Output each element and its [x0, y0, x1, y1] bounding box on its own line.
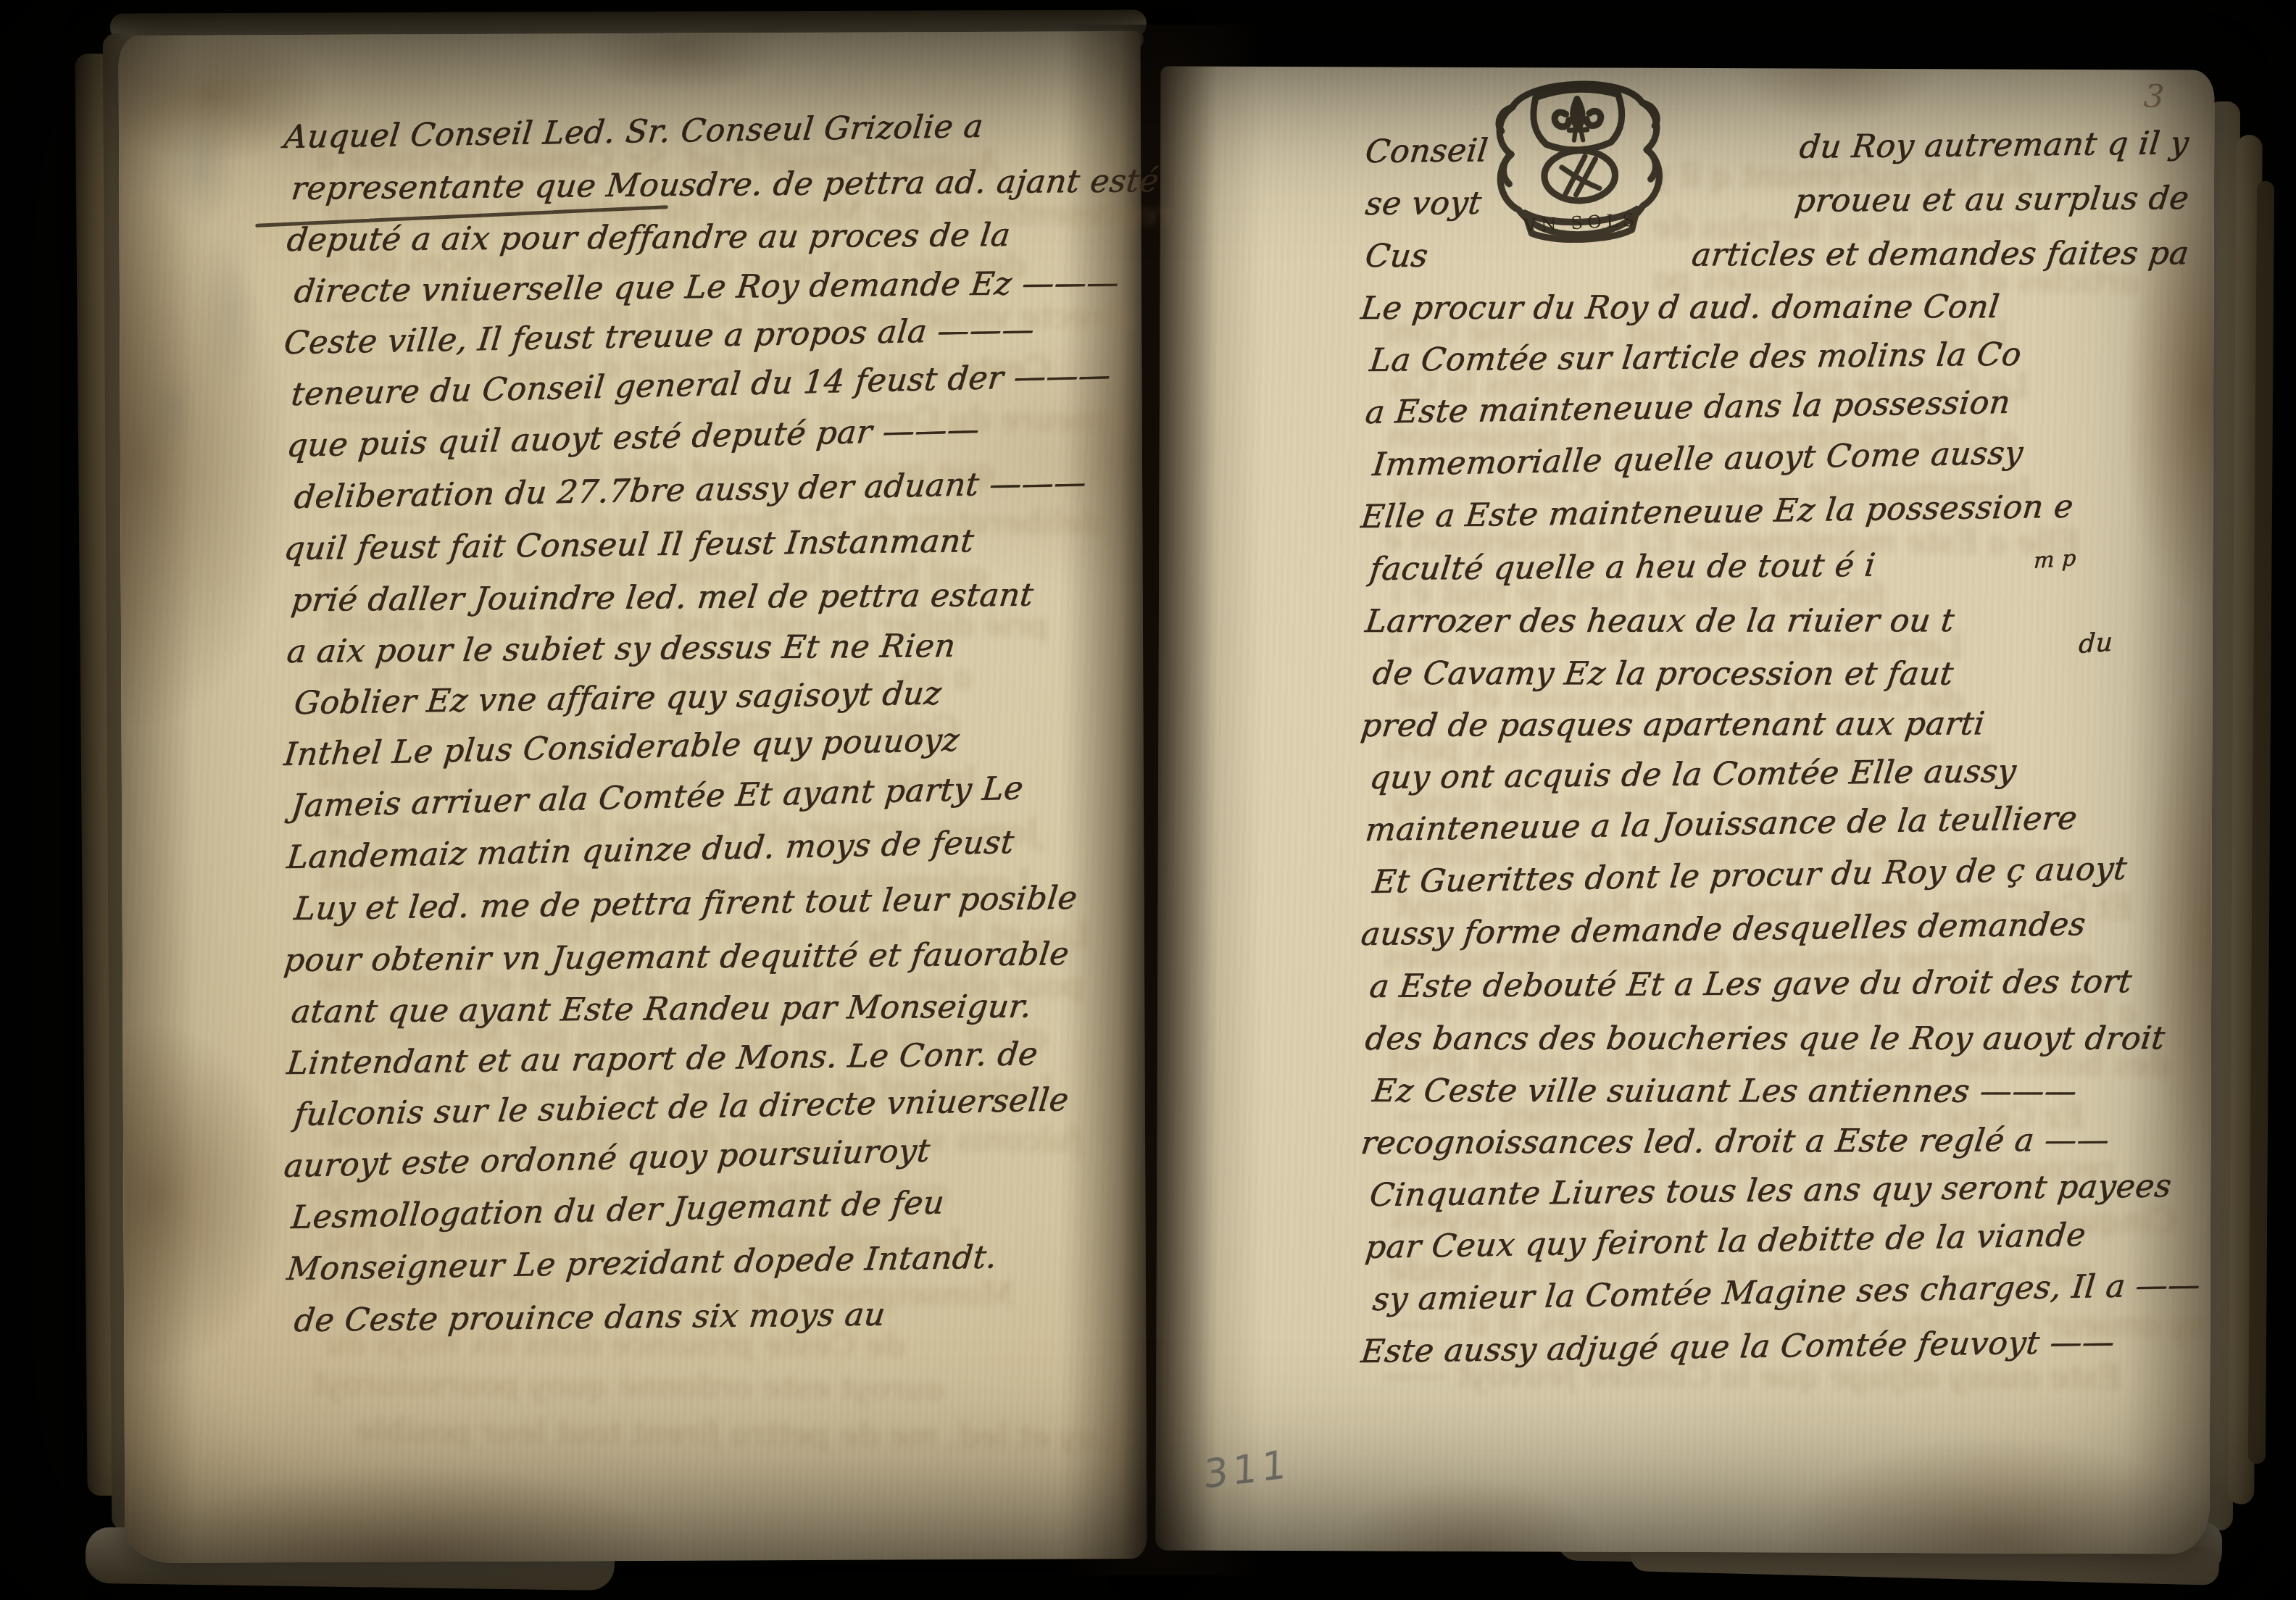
- fleur-de-lis-icon: [1573, 99, 1583, 128]
- manuscript-line: Ez Ceste ville suiuant Les antiennes ———: [1370, 1075, 2079, 1108]
- manuscript-line: Le procur du Roy d aud. domaine Conl: [1359, 291, 2001, 325]
- manuscript-line: Este aussy adjugé que la Comtée feuvoyt …: [1360, 1327, 2116, 1368]
- manuscript-book-scan: VN SOLS Auquel Conseil Led. Sr. Conseul …: [0, 0, 2296, 1600]
- manuscript-line: de Cavamy Ez la procession et faut: [1370, 658, 1955, 691]
- manuscript-line: des bancs des boucheries que le Roy auoy…: [1363, 1022, 2166, 1055]
- fiscal-ink-stamp: VN SOLS: [1457, 71, 1702, 249]
- folio-number: 3: [2142, 78, 2165, 116]
- stamp-monogram-oval: [1544, 149, 1616, 202]
- manuscript-line: a Este debouté Et a Les gave du droit de…: [1368, 966, 2133, 1003]
- right-page-text: Conseildu Roy autremant q il ydu Roy aut…: [0, 0, 2296, 1600]
- manuscript-line: Cinquante Liures tous les ans quy seront…: [1368, 1170, 2174, 1212]
- manuscript-line: recognoissances led. droit a Este reglé …: [1359, 1125, 2110, 1159]
- manuscript-line: La Comtée sur larticle des molins la Co: [1368, 339, 2023, 377]
- manuscript-line: Larrozer des heaux de la riuier ou t: [1363, 605, 1956, 638]
- manuscript-line: quy ont acquis de la Comtée Elle aussy: [1368, 756, 2018, 794]
- manuscript-line: m p: [2033, 548, 2076, 572]
- manuscript-line: du: [2078, 630, 2113, 659]
- manuscript-line: faculté quelle a heu de tout é i: [1368, 550, 1876, 586]
- manuscript-line: pred de pasques apartenant aux parti: [1359, 708, 1986, 742]
